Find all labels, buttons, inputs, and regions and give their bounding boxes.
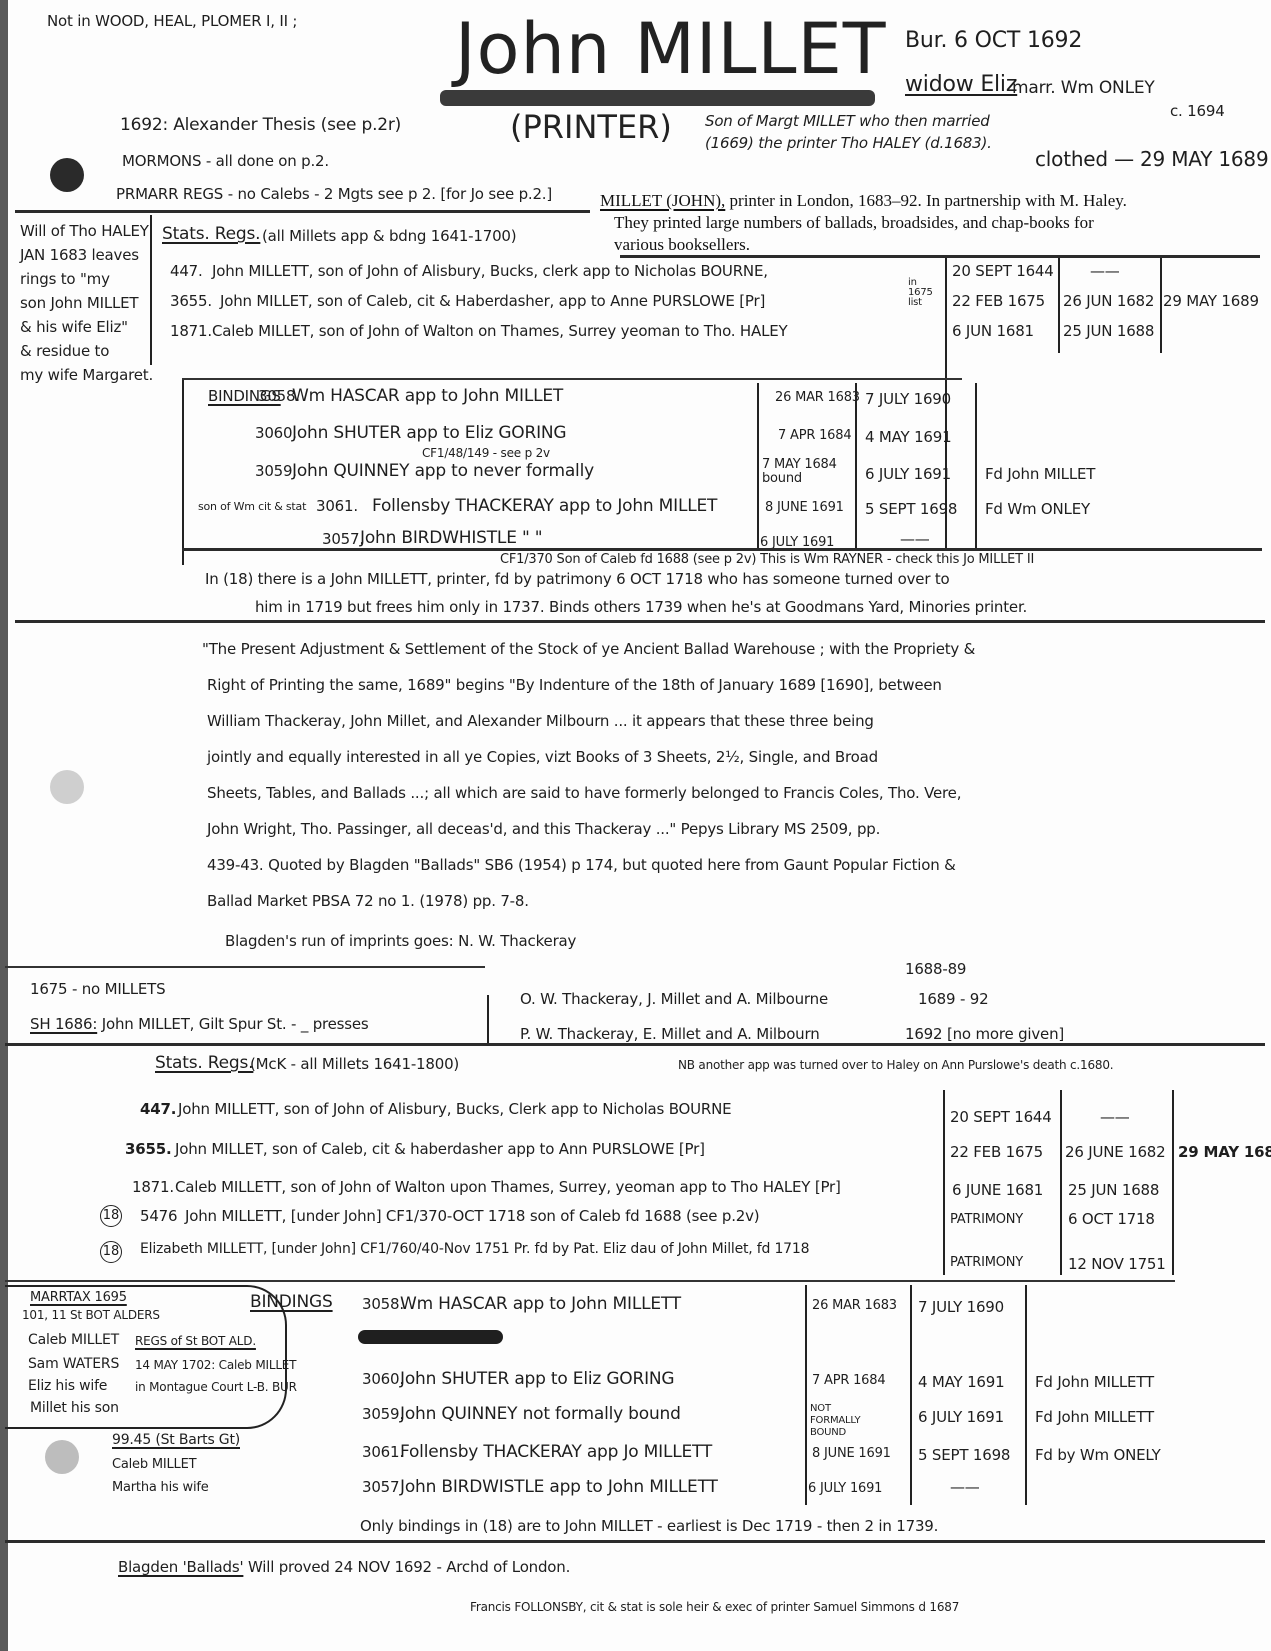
- freed-by: Fd John MILLETT: [1035, 1373, 1154, 1391]
- freed-date: 6 JULY 1691: [865, 465, 951, 483]
- imprint-text: O. W. Thackeray, J. Millet and A. Milbou…: [520, 990, 828, 1008]
- will-proved-text: Will proved 24 NOV 1692 - Archd of Londo…: [243, 1558, 570, 1576]
- binding-text: John SHUTER app to Eliz GORING: [292, 423, 566, 443]
- eighteenth-century-mark: 18: [100, 1241, 122, 1263]
- column-divider: [757, 383, 759, 548]
- marr-tax-heading-text: MARRTAX 1695: [30, 1290, 127, 1305]
- entry-text: John MILLETT, son of John of Alisbury, B…: [178, 1100, 731, 1118]
- printed-dictionary-entry: MILLET (JOHN), printer in London, 1683–9…: [600, 190, 1255, 256]
- parent-note-1: Son of Margt MILLET who then married: [705, 112, 990, 130]
- binding-text: Wm HASCAR app to John MILLETT: [400, 1294, 681, 1314]
- binding-date: 7 APR 1684: [778, 428, 851, 443]
- tax-second-line: Martha his wife: [112, 1480, 209, 1495]
- will-note-line: my wife Margaret.: [20, 366, 153, 384]
- c18-note-line-1: In (18) there is a John MILLETT, printer…: [205, 570, 950, 588]
- crossed-out-text: [358, 1330, 503, 1344]
- tax-second-line: Caleb MILLET: [112, 1457, 196, 1472]
- separator: [182, 378, 962, 380]
- binding-text: Follensby THACKERAY app to John MILLET: [372, 496, 717, 516]
- quote-line: William Thackeray, John Millet, and Alex…: [207, 712, 874, 730]
- binding-text: John QUINNEY app to never formally: [292, 461, 594, 481]
- widow-marriage-date: c. 1694: [1170, 102, 1225, 120]
- shop-ref-label: SH 1686:: [30, 1015, 97, 1033]
- punch-hole-bottom: [45, 1440, 79, 1474]
- binding-text: Follensby THACKERAY app Jo MILLETT: [400, 1442, 712, 1462]
- binding-text: John BIRDWISTLE app to John MILLETT: [400, 1477, 718, 1497]
- parent-note-2: (1669) the printer Tho HALEY (d.1683).: [705, 134, 992, 152]
- date-freed: ——: [1100, 1108, 1130, 1126]
- nb-note: NB another app was turned over to Haley …: [678, 1058, 1113, 1072]
- marr-tax-line: Sam WATERS: [28, 1356, 119, 1372]
- marr-tax-line: Eliz his wife: [28, 1378, 107, 1394]
- date-freed: 26 JUN 1682: [1063, 292, 1154, 310]
- entry-number: 1871.: [132, 1178, 174, 1196]
- clothed-date: clothed — 29 MAY 1689: [1035, 147, 1269, 171]
- punch-hole-middle: [50, 770, 84, 804]
- date-clothed: 29 MAY 1689: [1178, 1143, 1271, 1161]
- stats-regs-2-heading: Stats. Regs.: [155, 1053, 253, 1073]
- printed-entry-line-3: various booksellers.: [600, 235, 750, 254]
- date-apprenticed: 6 JUNE 1681: [952, 1181, 1043, 1199]
- freed-date: 7 JULY 1690: [918, 1298, 1004, 1316]
- separator: [15, 620, 1265, 623]
- eighteenth-century-mark: 18: [100, 1205, 122, 1227]
- marr-tax-line: Caleb MILLET: [28, 1332, 119, 1348]
- widow-name: widow Eliz: [905, 72, 1017, 97]
- marr-tax-heading: MARRTAX 1695: [30, 1290, 127, 1305]
- imprint-years: 1688-89: [905, 960, 966, 978]
- binding-date: 8 JUNE 1691: [812, 1446, 891, 1461]
- quote-line: Ballad Market PBSA 72 no 1. (1978) pp. 7…: [207, 892, 529, 910]
- column-divider: [910, 1285, 912, 1505]
- separator: [182, 548, 1262, 551]
- binding-date: 6 JULY 1691: [808, 1481, 882, 1496]
- entry-number: 3655.: [125, 1140, 171, 1158]
- binding-date: 8 JUNE 1691: [765, 500, 844, 515]
- date-apprenticed: 6 JUN 1681: [952, 322, 1034, 340]
- freed-date: 7 JULY 1690: [865, 390, 951, 408]
- separator: [15, 210, 590, 213]
- quote-line: "The Present Adjustment & Settlement of …: [202, 640, 975, 658]
- entry-side-note: in 1675 list: [908, 278, 938, 308]
- imprint-years: 1692 [no more given]: [905, 1025, 1064, 1043]
- binding-number: 3060.: [255, 424, 297, 442]
- will-note-line: & residue to: [20, 342, 109, 360]
- stats-regs-1-heading: Stats. Regs.: [162, 224, 260, 244]
- date-apprenticed: 20 SEPT 1644: [952, 262, 1054, 280]
- bindings-2-heading: BINDINGS: [250, 1292, 333, 1312]
- punch-hole-top: [50, 158, 84, 192]
- date-freed: ——: [1090, 262, 1120, 280]
- binding-text: Wm HASCAR app to John MILLET: [292, 386, 563, 406]
- marr-tax-line: 101, 11 St BOT ALDERS: [22, 1308, 160, 1322]
- entry-text: Caleb MILLETT, son of John of Walton upo…: [175, 1178, 841, 1196]
- entry-text: Elizabeth MILLETT, [under John] CF1/760/…: [140, 1240, 930, 1258]
- imprint-text: P. W. Thackeray, E. Millet and A. Milbou…: [520, 1025, 820, 1043]
- divider: [182, 380, 184, 565]
- top-note: Not in WOOD, HEAL, PLOMER I, II ;: [47, 12, 297, 30]
- date-apprenticed: 22 FEB 1675: [952, 292, 1045, 310]
- freed-by: Fd John MILLET: [985, 465, 1095, 483]
- divider: [487, 995, 489, 1045]
- freed-date: 4 MAY 1691: [865, 428, 951, 446]
- date-freed: 26 JUNE 1682: [1065, 1143, 1166, 1161]
- widow-marriage: marr. Wm ONLEY: [1012, 78, 1155, 98]
- will-note-line: Will of Tho HALEY: [20, 222, 149, 240]
- binding-number: 3059.: [362, 1405, 404, 1423]
- burial-register-heading: REGS of St BOT ALD.: [135, 1334, 256, 1348]
- quote-line: jointly and equally interested in all ye…: [207, 748, 878, 766]
- blagden-label: Blagden 'Ballads': [118, 1558, 243, 1576]
- freed-date: 6 JULY 1691: [918, 1408, 1004, 1426]
- freed-date: 4 MAY 1691: [918, 1373, 1004, 1391]
- tax-second-heading: 99.45 (St Barts Gt): [112, 1432, 240, 1448]
- freed-by: PATRIMONY: [950, 1212, 1023, 1227]
- will-note-line: & his wife Eliz": [20, 318, 128, 336]
- printed-entry-line-2: They printed large numbers of ballads, b…: [600, 213, 1094, 232]
- column-divider: [805, 1285, 807, 1505]
- binding-date: 7 APR 1684: [812, 1373, 885, 1388]
- binding-number: 3058.: [362, 1295, 404, 1313]
- marr-tax-line: Millet his son: [30, 1400, 119, 1416]
- binding-prefix: son of Wm cit & stat: [198, 500, 306, 513]
- binding-date: 7 MAY 1684 bound: [762, 458, 842, 486]
- binding-text: John SHUTER app to Eliz GORING: [400, 1369, 674, 1389]
- date-freed: 12 NOV 1751: [1068, 1255, 1166, 1273]
- freed-by: Fd John MILLETT: [1035, 1408, 1154, 1426]
- entry-number: 447.: [140, 1100, 176, 1118]
- burial-date: Bur. 6 OCT 1692: [905, 28, 1082, 53]
- quote-line: Sheets, Tables, and Ballads ...; all whi…: [207, 784, 961, 802]
- footer-will-line: Blagden 'Ballads' Will proved 24 NOV 169…: [118, 1558, 570, 1576]
- binding-date: NOT FORMALLY BOUND: [810, 1403, 880, 1439]
- entry-number: 1871.: [170, 322, 212, 340]
- entry-number: 5476: [140, 1207, 177, 1225]
- c18-insert: CF1/370 Son of Caleb fd 1688 (see p 2v) …: [500, 552, 1034, 567]
- freed-date: 5 SEPT 1698: [865, 500, 957, 518]
- printed-entry-line-1: printer in London, 1683–92. In partnersh…: [725, 191, 1127, 210]
- separator: [5, 1280, 1175, 1282]
- binding-text: John BIRDWHISTLE " ": [360, 528, 542, 548]
- entry-text: John MILLETT, son of John of Alisbury, B…: [212, 262, 912, 280]
- binding-date: 26 MAR 1683: [775, 390, 860, 405]
- stats-regs-2-note: (McK - all Millets 1641-1800): [250, 1055, 459, 1073]
- burial-register-line: in Montague Court L-B. BUR: [135, 1380, 297, 1394]
- entry-text: John MILLET, son of Caleb, cit & haberda…: [175, 1140, 705, 1158]
- separator: [5, 1043, 1265, 1046]
- separator: [5, 966, 485, 968]
- binding-text: John QUINNEY not formally bound: [400, 1404, 681, 1424]
- binding-number: 3059.: [255, 462, 297, 480]
- entry-text: John MILLET, son of Caleb, cit & Haberda…: [220, 292, 765, 310]
- binding-number: 3057: [362, 1478, 399, 1496]
- date-apprenticed: 20 SEPT 1644: [950, 1108, 1052, 1126]
- imprint-years: 1689 - 92: [918, 990, 988, 1008]
- freed-by: Fd Wm ONLEY: [985, 500, 1090, 518]
- date-freed: 25 JUN 1688: [1063, 322, 1154, 340]
- binding-date: 26 MAR 1683: [812, 1298, 897, 1313]
- title-underline: [440, 90, 875, 106]
- shop-ref-text: John MILLET, Gilt Spur St. - _ presses: [97, 1015, 368, 1033]
- quote-line: John Wright, Tho. Passinger, all deceas'…: [207, 820, 880, 838]
- will-note-line: JAN 1683 leaves: [20, 246, 139, 264]
- burial-register-line: 14 MAY 1702: Caleb MILLET: [135, 1358, 296, 1372]
- column-divider: [1172, 1090, 1174, 1275]
- date-clothed: 29 MAY 1689: [1163, 292, 1259, 310]
- column-divider: [943, 1090, 945, 1275]
- freed-date: 5 SEPT 1698: [918, 1446, 1010, 1464]
- side-box-line-2: SH 1686: John MILLET, Gilt Spur St. - _ …: [30, 1015, 369, 1033]
- column-divider: [855, 383, 857, 548]
- separator: [620, 255, 1260, 258]
- side-box-line-1: 1675 - no MILLETS: [30, 980, 165, 998]
- quinney-reference: CF1/48/149 - see p 2v: [422, 446, 550, 460]
- c18-note-line-2: him in 1719 but frees him only in 1737. …: [255, 598, 1027, 616]
- binding-number: 3057.: [322, 530, 364, 548]
- entry-number: 3655.: [170, 292, 212, 310]
- page-title: John MILLET: [455, 8, 886, 90]
- will-note-line: rings to "my: [20, 270, 110, 288]
- column-divider: [1025, 1285, 1027, 1505]
- column-divider: [1060, 1090, 1062, 1275]
- freed-by: Fd by Wm ONELY: [1035, 1446, 1161, 1464]
- freed-date: ——: [900, 530, 930, 548]
- bindings-footnote: Only bindings in (18) are to John MILLET…: [360, 1517, 938, 1535]
- note-mormons: MORMONS - all done on p.2.: [122, 152, 329, 170]
- separator: [5, 1540, 1265, 1543]
- binding-number: 3060.: [362, 1370, 404, 1388]
- entry-number: 447.: [170, 262, 203, 280]
- column-divider: [1058, 258, 1060, 353]
- note-parish-regs: PRMARR REGS - no Calebs - 2 Mgts see p 2…: [116, 185, 552, 203]
- quote-line: Right of Printing the same, 1689" begins…: [207, 676, 942, 694]
- freed-date: ——: [950, 1478, 980, 1496]
- document-page: Not in WOOD, HEAL, PLOMER I, II ; John M…: [0, 0, 1271, 1651]
- entry-text: Caleb MILLET, son of John of Walton on T…: [212, 322, 787, 340]
- binding-number: 3061.: [316, 497, 358, 515]
- will-note-line: son John MILLET: [20, 294, 138, 312]
- follonsby-note: Francis FOLLONSBY, cit & stat is sole he…: [470, 1600, 959, 1614]
- stats-regs-1-note: (all Millets app & bdng 1641-1700): [262, 227, 516, 245]
- date-freed: 25 JUN 1688: [1068, 1181, 1159, 1199]
- imprints-intro: Blagden's run of imprints goes: N. W. Th…: [225, 932, 576, 950]
- column-divider: [1160, 258, 1162, 353]
- freed-by: PATRIMONY: [950, 1255, 1023, 1270]
- column-divider: [975, 383, 977, 548]
- date-freed: 6 OCT 1718: [1068, 1210, 1155, 1228]
- divider: [150, 215, 152, 365]
- quote-line: 439-43. Quoted by Blagden "Ballads" SB6 …: [207, 856, 956, 874]
- binding-number: 3061.: [362, 1443, 404, 1461]
- page-subtitle: (PRINTER): [510, 108, 672, 146]
- note-alexander-thesis: 1692: Alexander Thesis (see p.2r): [120, 115, 401, 135]
- date-apprenticed: 22 FEB 1675: [950, 1143, 1043, 1161]
- printed-entry-heading: MILLET (JOHN),: [600, 191, 725, 210]
- entry-text: John MILLETT, [under John] CF1/370-OCT 1…: [185, 1207, 759, 1225]
